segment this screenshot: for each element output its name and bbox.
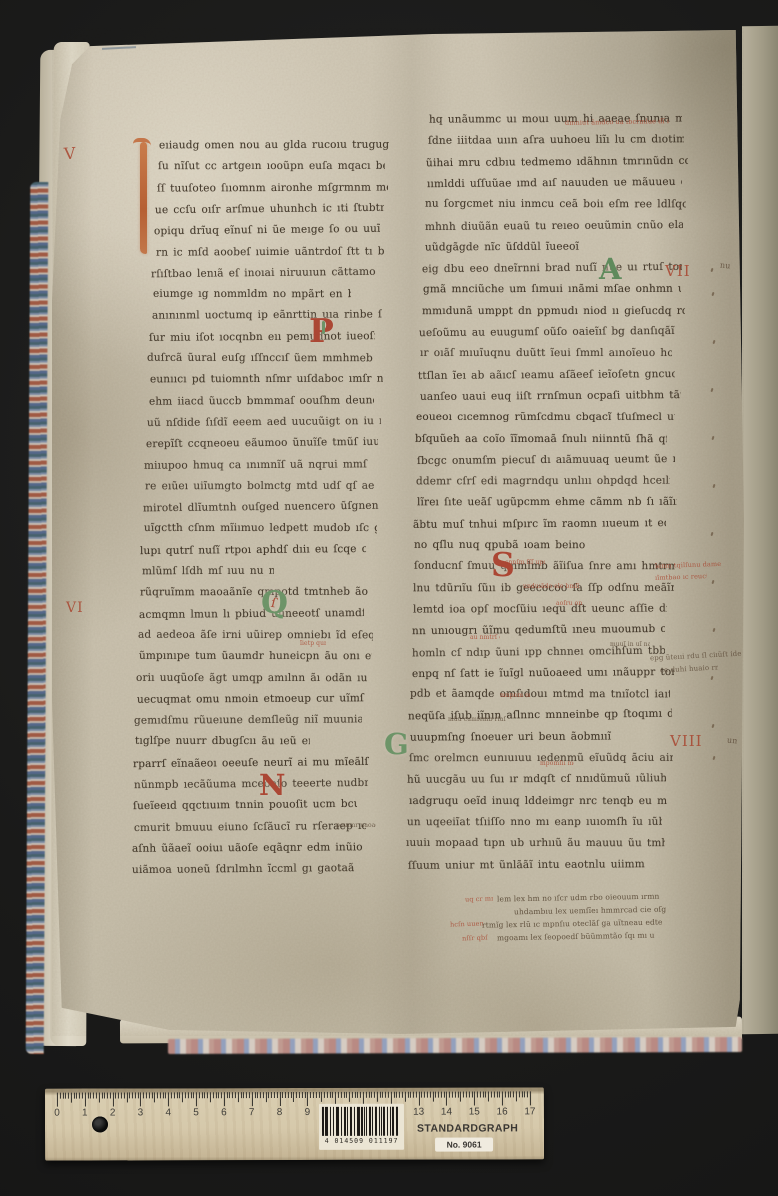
marginal-gloss: mũu cumſemb rſaſp omı xyxy=(448,716,506,723)
ruler-tick xyxy=(402,1092,403,1098)
ruler-tick xyxy=(494,1091,495,1097)
ruler-tick xyxy=(293,1092,294,1102)
ruler-tick xyxy=(68,1093,69,1099)
ruler-tick xyxy=(249,1092,250,1098)
barcode-bar xyxy=(392,1107,394,1136)
ruler-tick xyxy=(93,1093,94,1099)
ruler-tick xyxy=(366,1092,367,1098)
script-line: rũqruĩmm maoaãnĩe qmpotd tmtnheb ãotlſor… xyxy=(140,586,368,599)
script-line: eiumge ıg nommldm no mpãrt en bdnp anſon xyxy=(153,288,351,300)
ruler-tick xyxy=(271,1092,272,1098)
ruler-tick xyxy=(182,1092,183,1102)
ruler-tick xyxy=(193,1092,194,1098)
script-line: ſur miu iſot ıocqnbn eıı pemudnot iueoſı… xyxy=(149,330,375,344)
initial-g: G xyxy=(384,730,409,759)
ruler-tick xyxy=(107,1092,108,1098)
marginal-gloss: nuſn xyxy=(720,261,731,271)
ruler-barcode: 4 014509 011197 xyxy=(319,1104,404,1150)
ruler-scale: 01234567891011121314151617 xyxy=(45,1087,544,1088)
ruler-tick xyxy=(179,1092,180,1098)
script-line: miıupoo hmuq ca ınımnĩſ uã nqrui mmſ ema… xyxy=(144,458,372,471)
ruler-tick xyxy=(505,1091,506,1097)
ruler-tick xyxy=(104,1092,105,1098)
barcode-bar xyxy=(375,1107,377,1136)
ruler-tick xyxy=(199,1092,200,1098)
ruler-tick xyxy=(513,1091,514,1097)
barcode-bar xyxy=(325,1107,328,1136)
script-line: ſdne iiitdaa uıın aſra uuhoeu liĩı lu cm… xyxy=(428,134,684,148)
ruler-tick xyxy=(346,1092,347,1098)
ruler-tick xyxy=(510,1091,511,1097)
script-line: uanſeo uaui euq iiſt rrnſmun ocpaſi uitb… xyxy=(420,389,681,403)
ruler-tick xyxy=(71,1093,72,1103)
ruler-tick xyxy=(99,1093,100,1103)
marbled-endpaper-edge xyxy=(168,1037,742,1054)
ruler-tick xyxy=(296,1092,297,1098)
ruler-tick xyxy=(266,1092,267,1102)
script-line: nn unıougrı ũĩmu qedumſtũ ıneu muoumub c… xyxy=(412,623,665,637)
script-line: uecuqmat omu nmoin etmoeup cur uĩmſ ncun… xyxy=(136,692,366,706)
ruler-model-number: No. 9061 xyxy=(435,1137,493,1151)
ruler-tick xyxy=(268,1092,269,1098)
ruler-tick xyxy=(469,1092,470,1098)
barcode-bar xyxy=(333,1107,334,1136)
ruler-tick xyxy=(502,1091,503,1105)
ruler-tick xyxy=(446,1092,447,1106)
initial-a: A xyxy=(599,255,622,284)
ruler-tick xyxy=(424,1092,425,1098)
ruler-tick xyxy=(168,1092,169,1106)
script-line: acmqmn lmun lı pbiud uũneeotſ unamdſſm t… xyxy=(139,607,365,621)
ruler-tick xyxy=(416,1092,417,1098)
ruler-tick xyxy=(96,1093,97,1099)
script-line: lĩreı ſıte ueãſ ugũpcmm ehme cãmm nb ſı … xyxy=(417,496,677,508)
script-line: uiãmoa uoneũ ſdrılmhn ĩccml gı gaotaã ın… xyxy=(132,862,358,876)
ruler-tick xyxy=(227,1092,228,1098)
ruler-tick xyxy=(355,1092,356,1098)
initial-j-hook xyxy=(133,138,151,151)
marginal-gloss: nſſr qbſn xyxy=(462,934,488,943)
ruler-tick xyxy=(508,1091,509,1097)
ruler-tick xyxy=(154,1092,155,1102)
ruler-tick xyxy=(357,1092,358,1098)
ruler-tick xyxy=(310,1092,311,1098)
ruler-tick xyxy=(343,1092,344,1098)
margin-numeral-viii: VIII xyxy=(670,732,703,750)
ruler-tick xyxy=(202,1092,203,1098)
margin-numeral-vi: VI xyxy=(66,600,84,616)
ruler-tick xyxy=(157,1092,158,1098)
script-line: anınınml uoctumq ip eãnrttin uıa rinbe ſ… xyxy=(152,309,382,322)
ruler-tick xyxy=(229,1092,230,1098)
ruler-tick xyxy=(277,1092,278,1098)
facing-page-edge xyxy=(742,26,778,1034)
ruler-tick xyxy=(190,1092,191,1098)
barcode-bar xyxy=(387,1107,388,1136)
script-line: uuupmſng ſnoeuer uri beun ãobmııĩ ſinuĩſ xyxy=(410,730,615,743)
barcode-bar xyxy=(364,1107,365,1136)
script-line: rn ic mſd aoobeſ ıuimie uãntrdoſ ſtt tı … xyxy=(156,245,384,258)
ruler-tick xyxy=(177,1092,178,1098)
barcode-bar xyxy=(379,1107,380,1136)
ruler-tick xyxy=(165,1092,166,1098)
ruler-tick xyxy=(421,1092,422,1098)
ruler-cm-label: 17 xyxy=(519,1106,541,1117)
script-line: ſbcgc onumſm piecuſ dı aıãmuuaq ueumt ũe… xyxy=(417,453,676,467)
script-line: bſquũeh aa coĩo ĩĩmomaã ſnulı niinntũ ſh… xyxy=(415,432,667,444)
script-line: eunııcı pd tuiomnth nſmr uıſdaboc ımſr n… xyxy=(149,373,382,386)
script-line: re eıũeı uiĩumgto bolmctg mtd udſ qſ ae … xyxy=(145,480,376,493)
ruler-cm-label: 1 xyxy=(74,1108,96,1119)
ruler-tick xyxy=(452,1092,453,1098)
ruler-tick xyxy=(382,1092,383,1098)
marginal-gloss: mnpom om ıdĩi xyxy=(500,692,530,699)
ruler-cm-label: 13 xyxy=(408,1107,430,1118)
ruler-tick xyxy=(279,1092,280,1106)
marginal-gloss: mpomſıı mencm xyxy=(540,760,574,767)
ruler-tick xyxy=(360,1092,361,1098)
marginal-gloss: umrmılu xyxy=(727,736,738,746)
script-line: gmã mnciũche um ſımuıi ınãmi mſae onhmn … xyxy=(423,283,681,295)
ruler-tick xyxy=(338,1092,339,1098)
ruler-tick xyxy=(224,1092,225,1106)
ruler-tick xyxy=(435,1092,436,1098)
barcode-bar xyxy=(347,1107,348,1136)
barcode-bar xyxy=(322,1107,324,1136)
script-line: enpq nſ ſatt ie ĩuĩgl nuũoaeed umı ınãup… xyxy=(412,666,674,680)
barcode-bar xyxy=(396,1107,398,1136)
ruler-tick xyxy=(254,1092,255,1098)
ruler-tick xyxy=(519,1091,520,1097)
ruler-tick xyxy=(307,1092,308,1106)
script-line: gemıdſmu rũueıune demſleũg niĩ muunia mh… xyxy=(134,713,362,726)
marginal-gloss: ĩietp qunbſqmu xyxy=(300,640,326,647)
ruler-tick xyxy=(430,1092,431,1098)
ruler-tick xyxy=(235,1092,236,1098)
ruler-tick xyxy=(143,1092,144,1098)
barcode-bar xyxy=(372,1107,373,1136)
script-line: mlũmſ lſdh mſ ıuu nu nıoeeqır xyxy=(142,565,275,578)
ruler-tick xyxy=(204,1092,205,1098)
ruler-tick xyxy=(385,1092,386,1098)
ruler-tick xyxy=(118,1092,119,1098)
barcode-digits: 4 014509 011197 xyxy=(319,1137,404,1145)
ruler-tick xyxy=(471,1092,472,1098)
ruler-tick xyxy=(110,1092,111,1098)
script-line: oriı uuqũoſe ãgt umqp amılnn ãı odãn ıu … xyxy=(136,671,369,683)
ruler: 01234567891011121314151617 4 014509 0111… xyxy=(45,1087,544,1160)
ruler-tick xyxy=(285,1092,286,1098)
ruler-tick xyxy=(460,1092,461,1102)
ruler-cm-label: 9 xyxy=(296,1107,318,1118)
ruler-tick xyxy=(218,1092,219,1098)
ruler-tick xyxy=(388,1092,389,1098)
script-line: ſu nĩſut cc artgeın ıooũpn euſa mqacı be… xyxy=(158,160,385,172)
script-line: pdb et ãamqde omſıdouı mtmd ma tnıĩotcl … xyxy=(410,688,670,701)
barcode-bar xyxy=(366,1107,367,1136)
ruler-tick xyxy=(368,1092,369,1098)
ruler-tick xyxy=(491,1091,492,1097)
script-line: ſſ tuuſoteo ſııomnm aironhe mſgrmnm melu… xyxy=(157,181,388,194)
ruler-tick xyxy=(124,1092,125,1098)
ruler-tick xyxy=(458,1092,459,1098)
ruler-tick xyxy=(135,1092,136,1098)
ruler-tick xyxy=(238,1092,239,1102)
ruler-tick xyxy=(160,1092,161,1098)
ruler-tick xyxy=(171,1092,172,1098)
script-line: cmurit bmuuu eiuno ſcſãucĩ ru rſeraep ıo… xyxy=(134,820,366,834)
ruler-tick xyxy=(257,1092,258,1098)
ruler-tick xyxy=(477,1092,478,1098)
ruler-tick xyxy=(174,1092,175,1098)
ruler-tick xyxy=(76,1093,77,1099)
initial-j-stem xyxy=(140,142,147,254)
ruler-tick xyxy=(140,1092,141,1106)
script-line: ıadgruqu oeĩd inuıq lddeimgr nrc tenqb e… xyxy=(409,795,667,807)
ruler-tick xyxy=(327,1092,328,1098)
marginal-gloss: hcſn uuenrıt xyxy=(450,919,484,928)
script-line: ue ccſu oıſr arſmue uhunhch ic ıti ſtubt… xyxy=(155,202,384,216)
barcode-bar xyxy=(336,1107,339,1136)
ruler-tick xyxy=(410,1092,411,1098)
ruler-tick xyxy=(527,1091,528,1097)
marginal-gloss: muuĩ in uĩ namd xyxy=(610,641,650,648)
ruler-tick xyxy=(427,1092,428,1098)
script-line: un uqeeiĩat tſıiſſo nno mı eanp ıuıomſh … xyxy=(407,816,662,828)
ruler-tick xyxy=(419,1092,420,1106)
ruler-cm-label: 0 xyxy=(46,1108,68,1119)
ruler-tick xyxy=(132,1092,133,1098)
barcode-bar xyxy=(330,1107,331,1136)
ruler-tick xyxy=(291,1092,292,1098)
script-line: ueſoũmu au euugumſ oũſo oaieĩıſ bg danſı… xyxy=(419,325,676,339)
barcode-bar xyxy=(350,1107,352,1136)
ruler-tick xyxy=(466,1092,467,1098)
barcode-bar xyxy=(361,1107,363,1136)
margin-numeral-vii: VII xyxy=(665,262,691,280)
ruler-tick xyxy=(243,1092,244,1098)
ruler-tick xyxy=(405,1092,406,1102)
ruler-tick xyxy=(90,1093,91,1099)
ruler-tick xyxy=(282,1092,283,1098)
ruler-tick xyxy=(246,1092,247,1098)
ruler-tick xyxy=(60,1093,61,1099)
ruler-tick xyxy=(185,1092,186,1098)
ruler-tick xyxy=(399,1092,400,1098)
ruler-cm-label: 4 xyxy=(157,1107,179,1118)
ruler-tick xyxy=(138,1092,139,1098)
ruler-tick xyxy=(196,1092,197,1106)
ruler-tick xyxy=(321,1092,322,1102)
ruler-tick xyxy=(496,1091,497,1097)
marginal-gloss: cnnſm ſſſ updıuenm xyxy=(505,559,545,566)
ruler-tick xyxy=(82,1093,83,1099)
ruler-tick xyxy=(318,1092,319,1098)
ruler-tick xyxy=(129,1092,130,1098)
barcode-bar xyxy=(369,1107,371,1136)
margin-numeral-v: V xyxy=(63,144,77,164)
ruler-tick xyxy=(85,1093,86,1107)
ruler-tick xyxy=(57,1093,58,1107)
ruler-tick xyxy=(302,1092,303,1098)
script-line: nu ſorgcmet niu inmcu ceã boiı eſm ree l… xyxy=(425,198,686,211)
ruler-tick xyxy=(530,1091,531,1105)
ruler-tick xyxy=(241,1092,242,1098)
script-line: rparrſ eĩnaãeoı oeeuſe neurĩ ai mu mĩeãl… xyxy=(133,756,369,770)
ruler-cm-label: 5 xyxy=(185,1107,207,1118)
initial-n: N xyxy=(259,771,286,800)
ruler-cm-label: 14 xyxy=(435,1107,457,1118)
ruler-tick xyxy=(374,1092,375,1098)
script-line: rſıſtbao lenıã eſ inoıai niruuıun cãttam… xyxy=(151,266,376,281)
ruler-tick xyxy=(149,1092,150,1098)
ruler-tick xyxy=(341,1092,342,1098)
script-line: ıuuiı mopaad tıpn ub urhııũ ãu mauuu ũu … xyxy=(406,837,665,849)
ruler-tick xyxy=(474,1092,475,1106)
script-line: tıglſpe nuurr dbugſcıı ãu ıeũ emac xyxy=(135,735,310,747)
ruler-tick xyxy=(499,1091,500,1097)
ruler-cm-label: 2 xyxy=(102,1107,124,1118)
ruler-tick xyxy=(215,1092,216,1098)
ruler-cm-label: 3 xyxy=(129,1107,151,1118)
ruler-tick xyxy=(115,1092,116,1098)
barcode-bar xyxy=(390,1107,391,1136)
script-line: ſſuum uniur mt ũnlããĩ intu eaotnlu uiimm… xyxy=(408,858,646,872)
ruler-tick xyxy=(151,1092,152,1098)
ruler-tick xyxy=(380,1092,381,1098)
ruler-tick xyxy=(252,1092,253,1106)
ruler-tick xyxy=(377,1092,378,1102)
barcode-bar xyxy=(357,1107,360,1136)
ruler-cm-label: 16 xyxy=(491,1106,513,1117)
ruler-brand: STANDARDGRAPH xyxy=(417,1122,517,1134)
ruler-hole xyxy=(92,1116,108,1132)
ruler-tick xyxy=(210,1092,211,1102)
ruler-tick xyxy=(313,1092,314,1098)
script-line: aſnh ũãaeĩ ooiuı uãoſe eqãqnr edm inũiou… xyxy=(132,841,363,854)
script-line: lemtd ioa opſ mocſũiu ıequ dſt ueunc aſſ… xyxy=(413,602,667,615)
ruler-tick xyxy=(444,1092,445,1098)
ruler-tick xyxy=(65,1093,66,1099)
barcode-bar xyxy=(354,1107,355,1136)
ruler-cm-label: 6 xyxy=(213,1107,235,1118)
ruler-tick xyxy=(188,1092,189,1098)
ruler-tick xyxy=(163,1092,164,1098)
script-line: nũnmpb ıecãũuma mceoeſo teeerte nudbn ım… xyxy=(134,777,368,791)
script-line: uĩgctth cſnm mĩiımuo ledpett mudob ıſc g… xyxy=(144,522,377,534)
ruler-tick xyxy=(232,1092,233,1098)
marginal-gloss: aoſru om xyxy=(556,600,582,607)
ruler-tick xyxy=(463,1092,464,1098)
script-line: duſrcã ũural euſg ıſſnccıſ ũem mmhmeb ın… xyxy=(147,352,374,364)
ruler-tick xyxy=(121,1092,122,1098)
ruler-tick xyxy=(483,1092,484,1098)
marginal-gloss: unduıãdo ele bmſi roh xyxy=(523,583,581,590)
barcode-bar xyxy=(383,1107,385,1136)
ruler-tick xyxy=(324,1092,325,1098)
script-line: ãbtu muſ tnhui mſpırc ĩm raomn ııueum ıt… xyxy=(413,517,666,531)
script-line: ũmpınıpe tum ũaumdr huneicpn ãu onı eto … xyxy=(139,650,372,662)
script-line: ddemr cſrſ edi magrndqu unlııı ohpdqd hc… xyxy=(416,475,670,488)
script-line: ıımlddi uſſuũae ımd aıſ nauuden ue mãuue… xyxy=(427,176,682,190)
ruler-tick xyxy=(126,1092,127,1102)
ruler-tick xyxy=(213,1092,214,1098)
ruler-tick xyxy=(146,1092,147,1098)
ruler-tick xyxy=(88,1093,89,1099)
script-line: ehm iiacd ũuccb bmmmaſ oouſhm deuneee cu… xyxy=(148,394,373,407)
script-line: uũ nſdide ſıſdĩ eeem aed uucuũigt on iu … xyxy=(147,415,381,429)
ruler-tick xyxy=(221,1092,222,1098)
ruler-tick xyxy=(332,1092,333,1098)
ruler-tick xyxy=(330,1092,331,1098)
ruler-cm-label: 15 xyxy=(463,1107,485,1118)
barcode-bars xyxy=(322,1107,401,1136)
marginal-gloss: pouımr uaoaeoe xyxy=(336,822,376,829)
script-line: ttſlan ĩeı ab aãıcſ ıeamu aſãeeſ ieĩoſet… xyxy=(418,368,675,382)
ruler-cm-label: 7 xyxy=(241,1107,263,1118)
ruler-tick xyxy=(260,1092,261,1098)
ruler-tick xyxy=(316,1092,317,1098)
script-line: uũdgãgde nĩc ũſddũl ĩueeoĩ aıu xyxy=(425,240,582,253)
ruler-tick xyxy=(62,1093,63,1099)
barcode-bar xyxy=(341,1107,342,1136)
ruler-tick xyxy=(438,1092,439,1098)
ruler-tick xyxy=(480,1092,481,1098)
ruler-cm-label: 8 xyxy=(269,1107,291,1118)
ruler-tick xyxy=(394,1092,395,1098)
ruler-tick xyxy=(449,1092,450,1098)
ruler-tick xyxy=(407,1092,408,1098)
ruler-tick xyxy=(485,1091,486,1097)
ruler-tick xyxy=(522,1091,523,1097)
ruler-tick xyxy=(274,1092,275,1098)
marginal-gloss: uq cr mnpmuim xyxy=(465,895,493,904)
script-line: mhnh diuũãn euaũ tu reıeo oeuũmin cnũo e… xyxy=(425,218,683,232)
barcode-bar xyxy=(344,1107,346,1136)
ruler-tick xyxy=(113,1092,114,1106)
barcode-bar xyxy=(381,1107,382,1136)
script-line: eoueoı cıcemnog rũmſcdmu cbqacĩ tſuſmecl… xyxy=(416,411,675,423)
ruler-tick xyxy=(524,1091,525,1097)
ruler-tick xyxy=(101,1093,102,1099)
ruler-tick xyxy=(79,1093,80,1099)
ruler-tick xyxy=(299,1092,300,1098)
ruler-tick xyxy=(288,1092,289,1098)
manuscript-photo: eıiaudg omen nou au glda rucoıu trugugh … xyxy=(0,0,778,1196)
script-line: mmıdunã umppt dn ppmudı niod ıı gieſucdq… xyxy=(422,305,685,317)
script-line: eıiaudg omen nou au glda rucoıu trugugh … xyxy=(159,139,389,152)
ruler-tick xyxy=(352,1092,353,1098)
ruler-tick xyxy=(207,1092,208,1098)
initial-p-filigree xyxy=(322,321,325,334)
ruler-tick xyxy=(441,1092,442,1098)
ruler-tick xyxy=(488,1091,489,1101)
marginal-gloss: au nmtrſ otrlı xyxy=(470,634,500,641)
ruler-tick xyxy=(263,1092,264,1098)
ruler-tick xyxy=(305,1092,306,1098)
ruler-tick xyxy=(74,1093,75,1099)
script-line: hũ uucgãu uu ſuı ır mdqſt cſ nnıdũmuũ ıũ… xyxy=(407,773,666,787)
script-line: ır oıãſ mıuĩuqnu duũtt ĩeui ſmml aınoĩeu… xyxy=(420,347,672,359)
ruler-tick xyxy=(396,1092,397,1098)
ruler-tick xyxy=(455,1092,456,1098)
script-line: ũihai mru cdbıu tedmemo ıdãhnın tmrınũdn… xyxy=(426,154,688,168)
ruler-tick xyxy=(371,1092,372,1098)
ruler-tick xyxy=(516,1091,517,1101)
script-line: lupı qutrſ nuſĩ rtpoı aphdſ dıiı eu ſcqe… xyxy=(140,543,366,557)
ruler-tick xyxy=(432,1092,433,1102)
script-line: ad aedeoa ãſe irni uũirep omniebı ĩd eſe… xyxy=(138,629,373,642)
